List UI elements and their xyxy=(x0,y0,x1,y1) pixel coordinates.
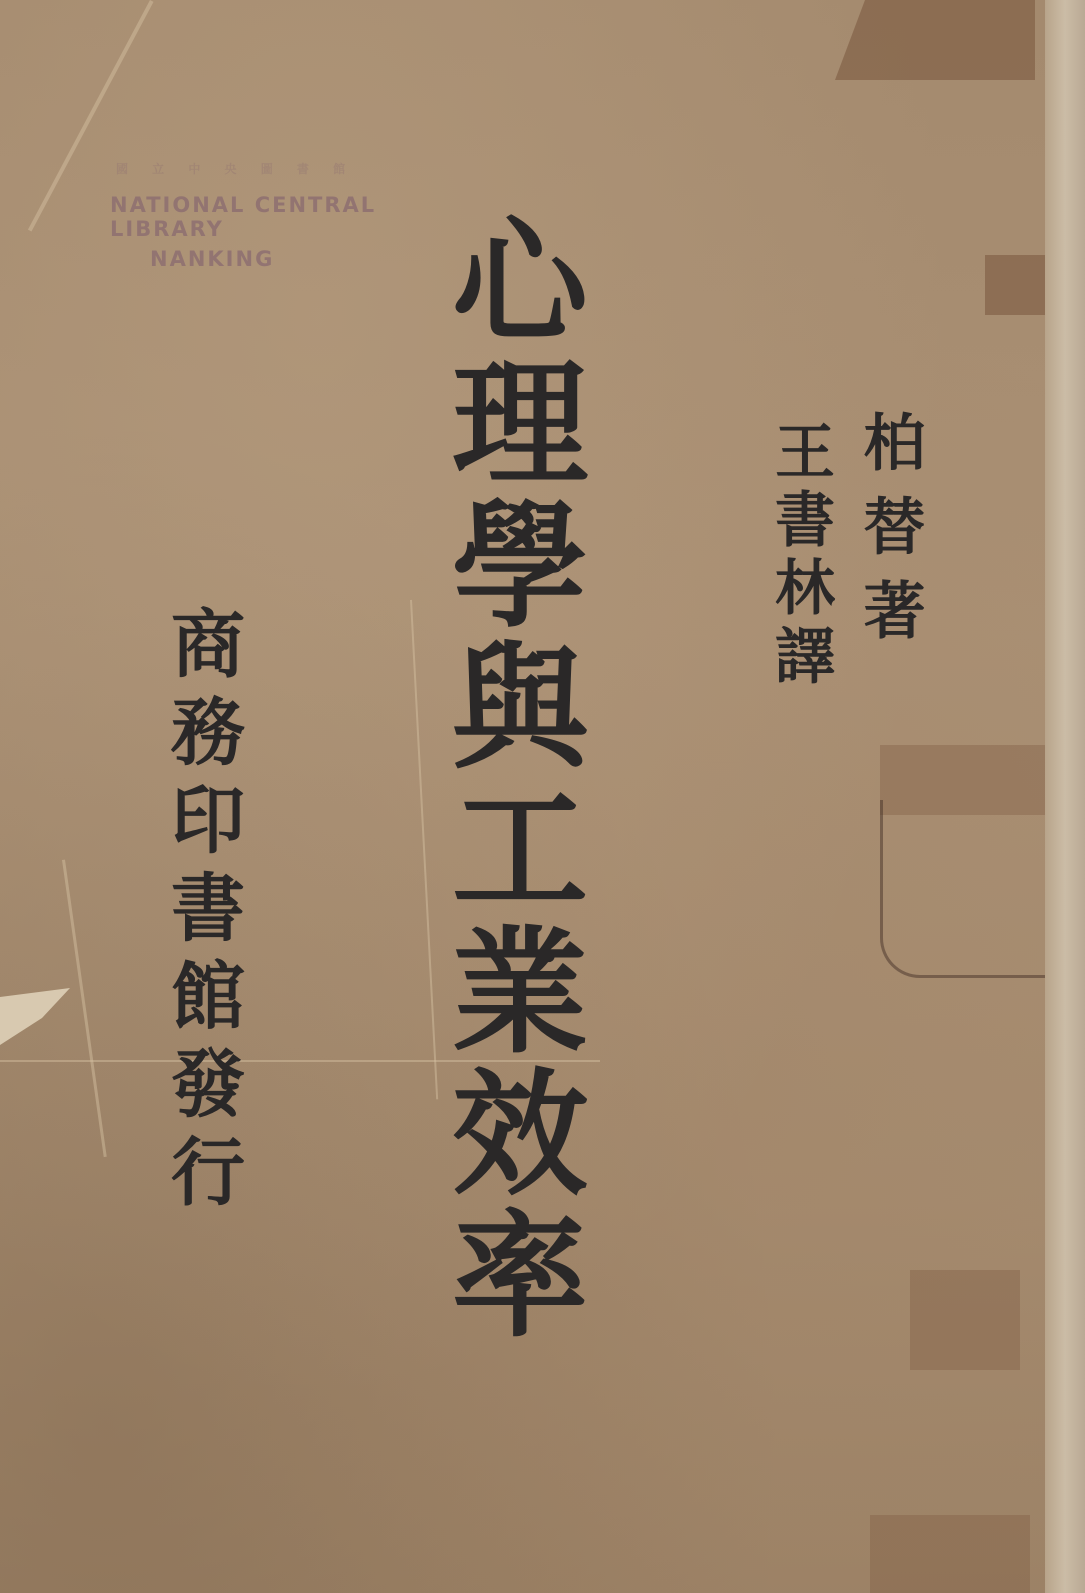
book-cover: 國 立 中 央 圖 書 館 NATIONAL CENTRAL LIBRARY N… xyxy=(0,0,1060,1593)
translator: 王書林譯 xyxy=(770,420,830,692)
stain-right-lower xyxy=(910,1270,1020,1370)
tear-left-edge xyxy=(0,985,70,1045)
stamp-chinese-line: 國 立 中 央 圖 書 館 xyxy=(116,160,490,177)
crease-left xyxy=(62,860,107,1157)
book-title: 心理學與工業效率 xyxy=(440,210,576,1346)
author: 柏替著 xyxy=(858,410,920,662)
stain-right-outline xyxy=(880,800,1048,978)
book-spine-edge xyxy=(1045,0,1085,1593)
publisher: 商務印書館發行 xyxy=(165,605,239,1221)
stain-top-right xyxy=(835,0,1035,80)
stain-bottom-right xyxy=(870,1515,1030,1593)
